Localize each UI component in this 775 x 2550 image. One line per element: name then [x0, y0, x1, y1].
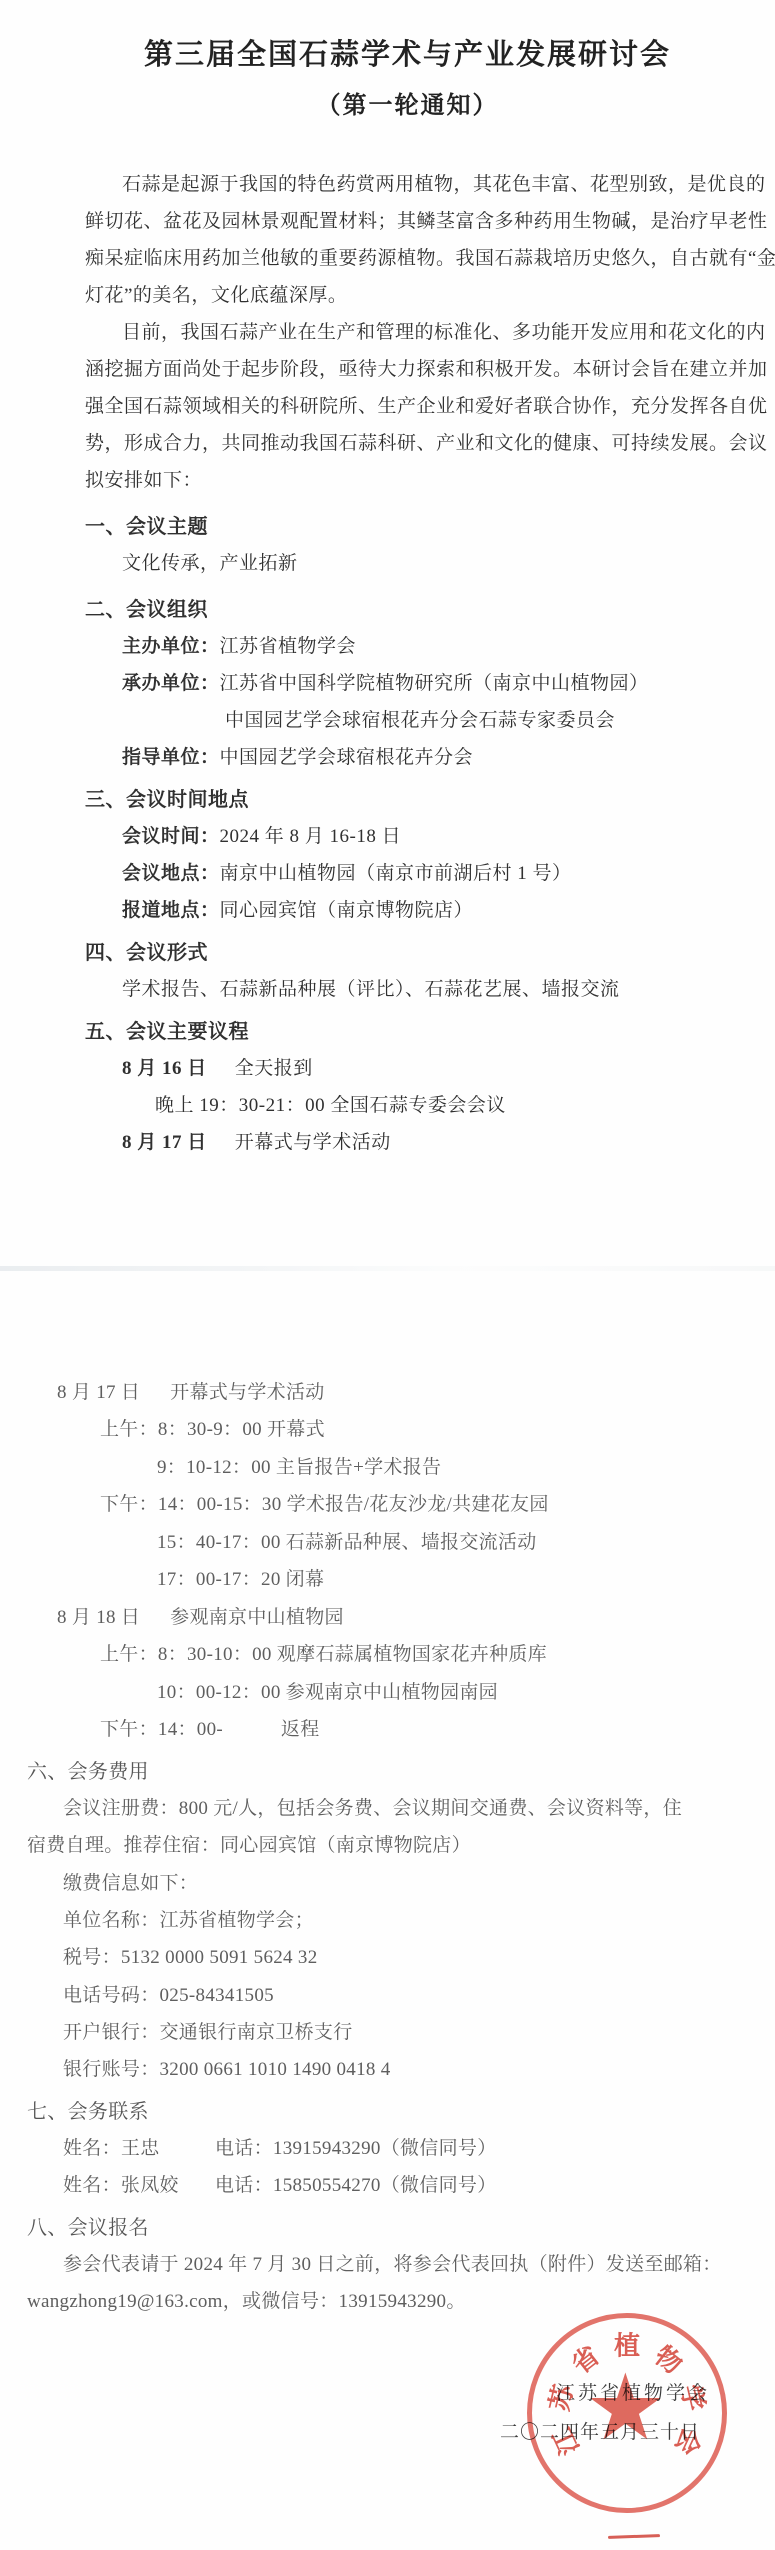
section7-heading: 七、会务联系: [27, 2099, 149, 2125]
conference-formats: 学术报告、石蒜新品种展（评比）、石蒜花艺展、墙报交流: [122, 977, 620, 1003]
section8-heading: 八、会议报名: [27, 2215, 149, 2241]
conference-notice-document: 第三届全国石蒜学术与产业发展研讨会 （第一轮通知） 石蒜是起源于我国的特色药赏两…: [0, 0, 775, 2550]
agenda2-aug17-item1: 上午：8：30-9：00 开幕式: [100, 1417, 325, 1443]
payment-tax-number: 税号：5132 0000 5091 5624 32: [63, 1945, 318, 1971]
agenda2-aug17-date: 8 月 17 日: [57, 1382, 140, 1403]
payment-phone-number: 电话号码：025-84341505: [63, 1983, 274, 2009]
seal-character: 植: [614, 2326, 640, 2363]
agenda-aug16-date: 8 月 16 日: [122, 1058, 207, 1079]
official-seal: ★ 江 苏 省 植 物 学 会: [527, 2313, 727, 2513]
payment-intro: 缴费信息如下：: [63, 1871, 198, 1897]
intro-para1-line2: 鲜切花、盆花及园林景观配置材料；其鳞茎富含多种药用生物碱，是治疗早老性: [85, 209, 768, 235]
host-value: 江苏省植物学会: [220, 636, 357, 657]
contact2-phone: 电话：15850554270（微信同号）: [215, 2173, 497, 2199]
agenda-aug17-date: 8 月 17 日: [122, 1132, 207, 1153]
meeting-venue-label: 会议地点：: [122, 863, 220, 884]
red-pen-mark: [608, 2534, 660, 2539]
registration-line2-email: wangzhong19@163.com，或微信号：13915943290。: [27, 2289, 466, 2315]
section5-heading: 五、会议主要议程: [85, 1019, 249, 1045]
agenda2-aug17-item2: 9：10-12：00 主旨报告+学术报告: [157, 1455, 441, 1481]
contact1-row: 姓名：王忠 电话：13915943290（微信同号）: [63, 2136, 160, 2162]
intro-para1-line3: 痴呆症临床用药加兰他敏的重要药源植物。我国石蒜栽培历史悠久，自古就有“金: [85, 246, 775, 272]
contact2-name: 姓名：张凤姣: [63, 2175, 179, 2196]
seal-character: 会: [667, 2423, 712, 2462]
intro-para2-line3: 强全国石蒜领域相关的科研院所、生产企业和爱好者联合协作，充分发挥各自优: [85, 394, 768, 420]
agenda2-aug17: 8 月 17 日开幕式与学术活动: [57, 1380, 325, 1406]
organizer-label: 承办单位：: [122, 673, 220, 694]
agenda2-aug17-activity: 开幕式与学术活动: [170, 1382, 324, 1403]
advisor-organization: 指导单位：中国园艺学会球宿根花卉分会: [122, 745, 473, 771]
seal-character: 学: [673, 2381, 715, 2415]
intro-para2-line4: 势，形成合力，共同推动我国石蒜科研、产业和文化的健康、可持续发展。会议: [85, 431, 768, 457]
checkin-label: 报道地点：: [122, 900, 220, 921]
host-label: 主办单位：: [122, 636, 220, 657]
section6-heading: 六、会务费用: [27, 1759, 149, 1785]
payment-bank-account: 银行账号：3200 0661 1010 1490 0418 4: [63, 2057, 391, 2083]
agenda2-aug18-activity: 参观南京中山植物园: [170, 1607, 344, 1628]
agenda2-aug18: 8 月 18 日参观南京中山植物园: [57, 1605, 344, 1631]
meeting-time-value: 2024 年 8 月 16-18 日: [220, 826, 402, 847]
contact1-name: 姓名：王忠: [63, 2138, 160, 2159]
conference-theme: 文化传承，产业拓新: [122, 551, 298, 577]
seal-character: 苏: [539, 2381, 581, 2415]
fee-line2: 宿费自理。推荐住宿：同心园宾馆（南京博物院店）: [27, 1833, 471, 1859]
intro-para1-line4: 灯花”的美名，文化底蕴深厚。: [85, 283, 347, 309]
advisor-value: 中国园艺学会球宿根花卉分会: [220, 747, 474, 768]
agenda-aug16: 8 月 16 日全天报到: [122, 1056, 313, 1082]
section1-heading: 一、会议主题: [85, 514, 208, 540]
agenda2-aug17-item3: 下午：14：00-15：30 学术报告/花友沙龙/共建花友园: [100, 1492, 549, 1518]
intro-para2-line2: 涵挖掘方面尚处于起步阶段，亟待大力探索和积极开发。本研讨会旨在建立并加: [85, 357, 768, 383]
agenda2-aug18-item3: 下午：14：00- 返程: [100, 1717, 320, 1743]
meeting-venue-value: 南京中山植物园（南京市前湖后村 1 号）: [220, 863, 572, 884]
agenda-aug16-evening: 晚上 19：30-21：00 全国石蒜专委会会议: [155, 1093, 506, 1119]
registration-line1: 参会代表请于 2024 年 7 月 30 日之前，将参会代表回执（附件）发送至邮…: [63, 2252, 722, 2278]
checkin-value: 同心园宾馆（南京博物院店）: [220, 900, 474, 921]
organizer-value: 江苏省中国科学院植物研究所（南京中山植物园）: [220, 673, 649, 694]
organizer-organization: 承办单位：江苏省中国科学院植物研究所（南京中山植物园）: [122, 671, 649, 697]
intro-para1-line1: 石蒜是起源于我国的特色药赏两用植物，其花色丰富、花型别致，是优良的: [122, 172, 766, 198]
contact2-row: 姓名：张凤姣 电话：15850554270（微信同号）: [63, 2173, 179, 2199]
agenda-aug17: 8 月 17 日开幕式与学术活动: [122, 1130, 391, 1156]
agenda-aug17-activity: 开幕式与学术活动: [235, 1132, 391, 1153]
meeting-time-label: 会议时间：: [122, 826, 220, 847]
section3-heading: 三、会议时间地点: [85, 787, 249, 813]
fee-line1: 会议注册费：800 元/人，包括会务费、会议期间交通费、会议资料等，住: [63, 1796, 682, 1822]
agenda2-aug17-item4: 15：40-17：00 石蒜新品种展、墙报交流活动: [157, 1530, 537, 1556]
agenda2-aug18-date: 8 月 18 日: [57, 1607, 140, 1628]
intro-para2-line5: 拟安排如下：: [85, 468, 202, 494]
meeting-time: 会议时间：2024 年 8 月 16-18 日: [122, 824, 401, 850]
page-break-seam: [0, 1266, 775, 1271]
agenda2-aug18-item1: 上午：8：30-10：00 观摩石蒜属植物国家花卉种质库: [100, 1642, 547, 1668]
checkin-location: 报道地点：同心园宾馆（南京博物院店）: [122, 898, 473, 924]
section4-heading: 四、会议形式: [85, 940, 208, 966]
advisor-label: 指导单位：: [122, 747, 220, 768]
payment-bank: 开户银行：交通银行南京卫桥支行: [63, 2020, 353, 2046]
agenda2-aug18-item2: 10：00-12：00 参观南京中山植物园南园: [157, 1680, 498, 1706]
doc-title-line2: （第一轮通知）: [40, 88, 775, 124]
agenda2-aug17-item5: 17：00-17：20 闭幕: [157, 1567, 324, 1593]
host-organization: 主办单位：江苏省植物学会: [122, 634, 356, 660]
intro-para2-line1: 目前，我国石蒜产业在生产和管理的标准化、多功能开发应用和花文化的内: [122, 320, 766, 346]
meeting-venue: 会议地点：南京中山植物园（南京市前湖后村 1 号）: [122, 861, 572, 887]
payment-account-name: 单位名称：江苏省植物学会；: [63, 1908, 314, 1934]
organizer-organization-line2: 中国园艺学会球宿根花卉分会石蒜专家委员会: [225, 708, 615, 734]
section2-heading: 二、会议组织: [85, 597, 208, 623]
doc-title-line1: 第三届全国石蒜学术与产业发展研讨会: [40, 34, 775, 76]
agenda-aug16-activity: 全天报到: [235, 1058, 313, 1079]
seal-character: 江: [542, 2423, 587, 2462]
contact1-phone: 电话：13915943290（微信同号）: [215, 2136, 497, 2162]
